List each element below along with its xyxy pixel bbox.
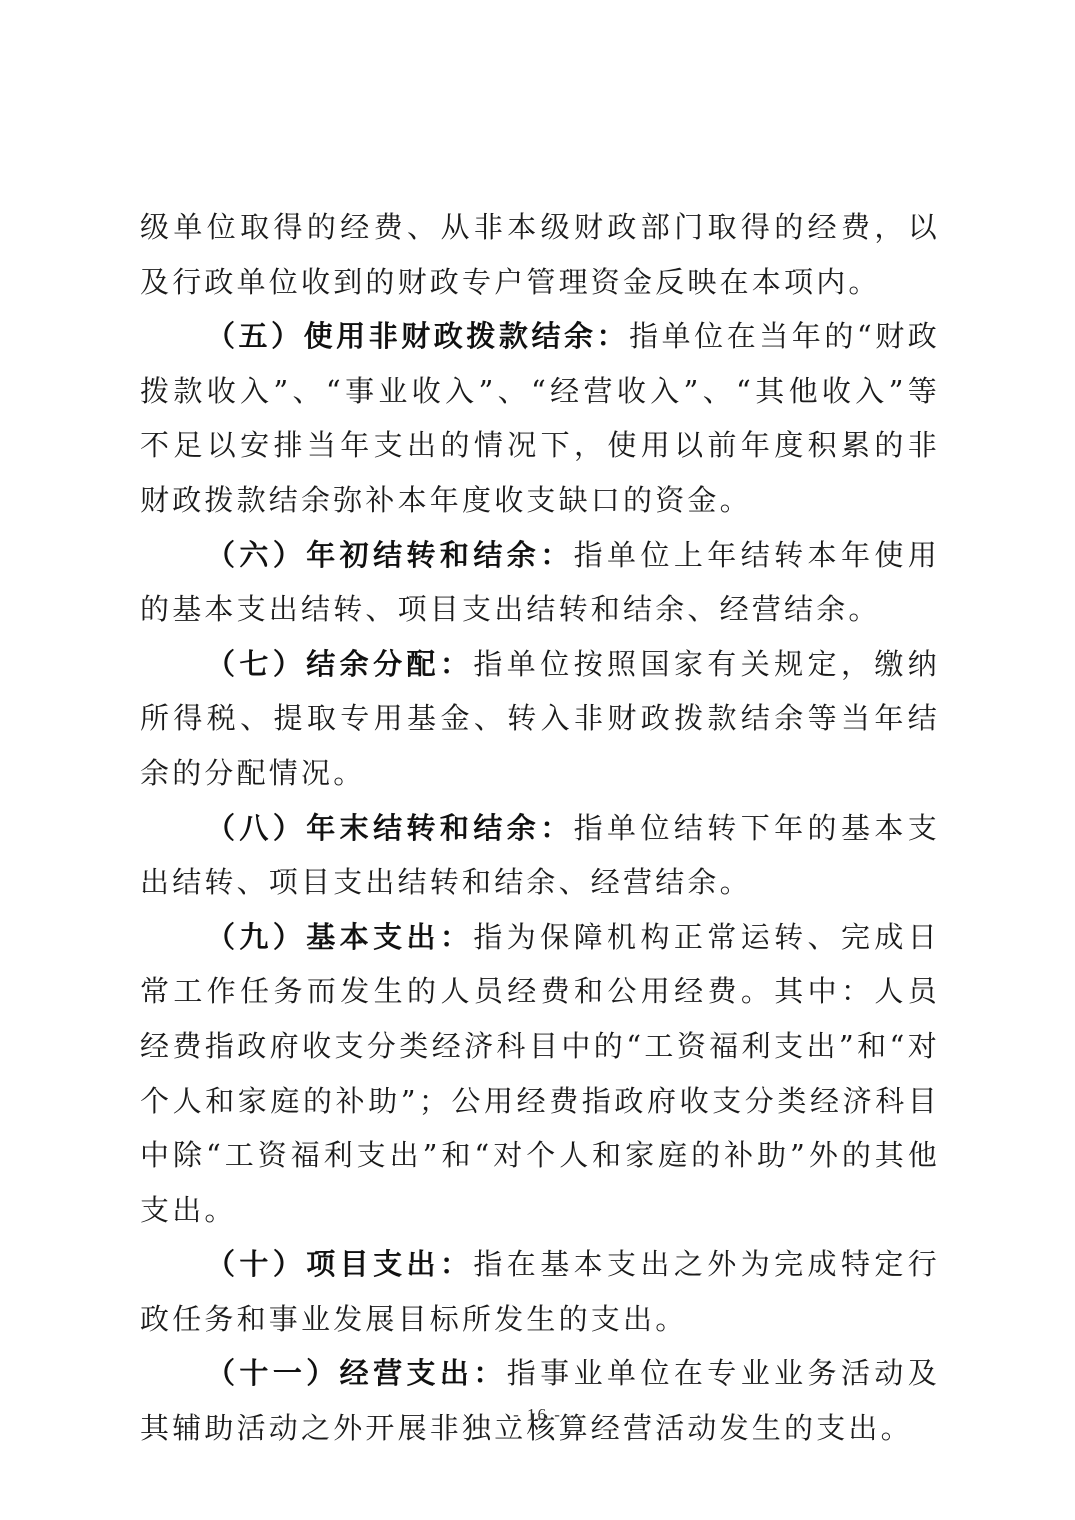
term-heading: （八）年末结转和结余：: [206, 811, 574, 845]
paragraph-closing-carryover: （八）年末结转和结余：指单位结转下年的基本支出结转、项目支出结转和结余、经营结余…: [140, 801, 940, 910]
page-number: - 16 -: [0, 1405, 1075, 1425]
paragraph-surplus-distribution: （七）结余分配：指单位按照国家有关规定，缴纳所得税、提取专用基金、转入非财政拨款…: [140, 637, 940, 801]
paragraph-project-expenditure: （十）项目支出：指在基本支出之外为完成特定行政任务和事业发展目标所发生的支出。: [140, 1237, 940, 1346]
paragraph-opening-carryover: （六）年初结转和结余：指单位上年结转本年使用的基本支出结转、项目支出结转和结余、…: [140, 528, 940, 637]
paragraph-operating-expenditure: （十一）经营支出：指事业单位在专业业务活动及其辅助活动之外开展非独立核算经营活动…: [140, 1346, 940, 1455]
term-heading: （五）使用非财政拨款结余：: [206, 319, 629, 353]
document-body: 级单位取得的经费、从非本级财政部门取得的经费，以及行政单位收到的财政专户管理资金…: [140, 200, 940, 1456]
term-heading: （六）年初结转和结余：: [206, 538, 574, 572]
term-heading: （十一）经营支出：: [206, 1356, 507, 1390]
paragraph-basic-expenditure: （九）基本支出：指为保障机构正常运转、完成日常工作任务而发生的人员经费和公用经费…: [140, 910, 940, 1238]
term-heading: （九）基本支出：: [206, 920, 473, 954]
term-heading: （十）项目支出：: [206, 1247, 473, 1281]
paragraph-text: 指为保障机构正常运转、完成日常工作任务而发生的人员经费和公用经费。其中：人员经费…: [140, 920, 940, 1227]
paragraph-non-fiscal-surplus-use: （五）使用非财政拨款结余：指单位在当年的“财政拨款收入”、“事业收入”、“经营收…: [140, 309, 940, 527]
term-heading: （七）结余分配：: [206, 647, 473, 681]
paragraph-text: 级单位取得的经费、从非本级财政部门取得的经费，以及行政单位收到的财政专户管理资金…: [140, 210, 940, 299]
paragraph-continuation: 级单位取得的经费、从非本级财政部门取得的经费，以及行政单位收到的财政专户管理资金…: [140, 200, 940, 309]
